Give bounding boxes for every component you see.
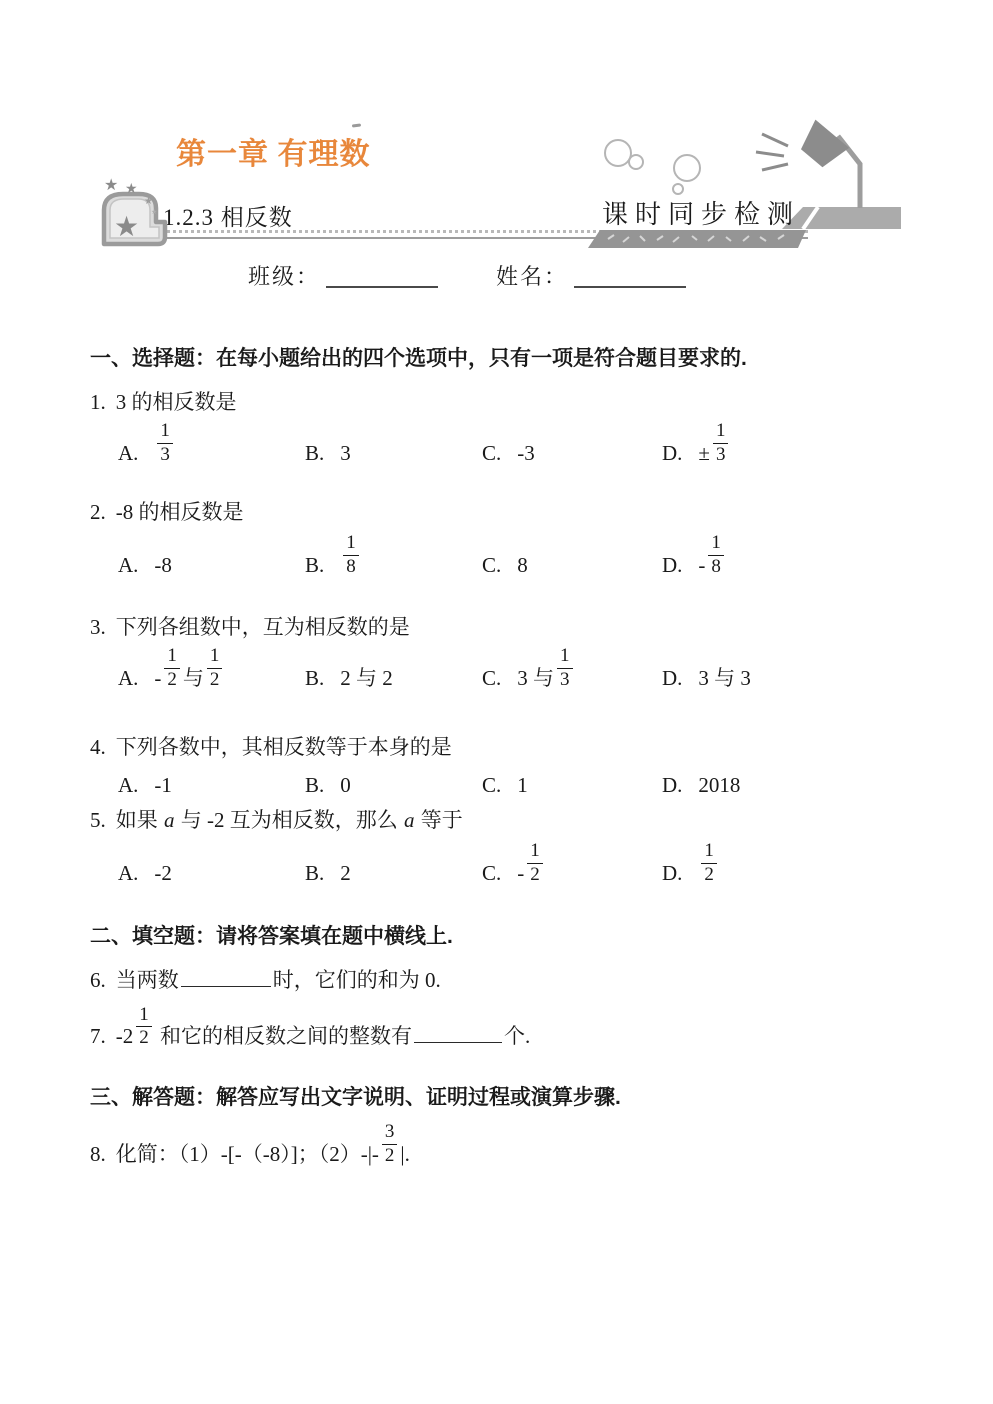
q6-number: 6. [90,968,106,992]
fraction: 12 [164,646,180,691]
q4-options: A.-1B.0C.1D.2018 [90,772,920,798]
fraction: 12 [527,841,543,886]
worksheet-body: 一、选择题：在每小题给出的四个选项中，只有一项是符合题目要求的. 1.3 的相反… [90,346,920,1167]
q2-option-b: B.18 [305,533,482,578]
q2-option-d: D.-18 [662,533,727,578]
q4-option-c: C.1 [482,772,662,798]
answer-blank [414,1021,502,1043]
banner-ribbon [588,230,806,248]
fraction: 18 [343,533,359,578]
q5-text: 如果 a 与 -2 互为相反数，那么 a 等于 [116,808,463,832]
q5-number: 5. [90,808,106,832]
fraction: 18 [708,533,724,578]
q4-number: 4. [90,735,106,759]
q3-options: A.-12与12B.2 与 2C.3 与13D.3 与 3 [90,646,920,691]
q3-text: 下列各组数中，互为相反数的是 [116,615,410,639]
fraction: 13 [713,421,729,466]
q3-stem: 3.下列各组数中，互为相反数的是 [90,614,920,640]
q2-option-c: C.8 [482,552,662,578]
trail-star-icon: ★ [144,196,153,207]
q3-option-c: C.3 与13 [482,646,662,691]
trail-star-icon: ★ [151,208,157,216]
q5-stem: 5.如果 a 与 -2 互为相反数，那么 a 等于 [90,807,920,833]
q7-stem: 7.-212 和它的相反数之间的整数有个. [90,1005,920,1050]
q3-option-d: D.3 与 3 [662,665,751,691]
q2-number: 2. [90,500,106,524]
lamp-rays [756,134,788,170]
q2-option-a: A.-8 [118,552,305,578]
stamp-star-icon: ★ [114,210,139,243]
q2-options: A.-8B.18C.8D.-18 [90,533,920,578]
answer-blank [181,965,271,987]
q7-number: 7. [90,1024,106,1048]
q1-option-b: B.3 [305,440,482,466]
name-label: 姓名： [496,264,568,289]
name-blank [574,264,686,288]
q5-option-c: C.-12 [482,841,662,886]
q1-stem: 1.3 的相反数是 [90,389,920,415]
q7-text: -212 和它的相反数之间的整数有个. [116,1024,531,1048]
q1-option-d: D.±13 [662,421,731,466]
q2-text: -8 的相反数是 [116,500,244,524]
q4-text: 下列各数中，其相反数等于本身的是 [116,735,452,759]
class-label: 班级： [248,264,320,289]
q1-option-a: A.13 [118,421,305,466]
fraction: 13 [157,421,173,466]
fraction: 32 [382,1122,398,1167]
q1-options: A.13B.3C.-3D.±13 [90,421,920,466]
q5-option-d: D.12 [662,841,720,886]
section-3-heading: 三、解答题：解答应写出文字说明、证明过程或演算步骤. [90,1085,920,1111]
q2-stem: 2.-8 的相反数是 [90,499,920,525]
bubbles-icon [605,140,700,194]
class-blank [326,264,438,288]
q4-option-a: A.-1 [118,772,305,798]
q8-text: 化简：（1）-[-（-8）]；（2）-|-32|. [116,1142,410,1166]
trail-star-icon: ★ [125,181,138,197]
q5-option-a: A.-2 [118,860,305,886]
fraction: 12 [136,1005,152,1050]
q6-stem: 6.当两数时，它们的和为 0. [90,965,920,993]
chapter-title: 第一章 有理数 [176,129,371,173]
q5-option-b: B.2 [305,860,482,886]
student-info-row: 班级：姓名： [248,260,686,291]
banner-title: 课时同步检测 [602,194,800,231]
fraction: 13 [557,646,573,691]
lamp-shade [795,120,849,173]
fraction: 12 [207,646,223,691]
q1-number: 1. [90,390,106,414]
section-2-heading: 二、填空题：请将答案填在题中横线上. [90,924,920,950]
q1-option-c: C.-3 [482,440,662,466]
q4-option-d: D.2018 [662,772,740,798]
section-1-heading: 一、选择题：在每小题给出的四个选项中，只有一项是符合题目要求的. [90,346,920,372]
stray-mark [352,123,361,127]
q8-number: 8. [90,1142,106,1166]
q8-stem: 8.化简：（1）-[-（-8）]；（2）-|-32|. [90,1122,920,1167]
q6-text: 当两数时，它们的和为 0. [116,968,441,992]
q3-option-a: A.-12与12 [118,646,305,691]
desk-lamp-illustration [560,108,993,258]
q4-option-b: B.0 [305,772,482,798]
q3-option-b: B.2 与 2 [305,665,482,691]
worksheet-page: 第一章 有理数 ★ ★ ★ ★ ★ 1.2.3 相反数 课时同步检测 [0,0,993,1404]
fraction: 12 [701,841,717,886]
q5-options: A.-2B.2C.-12D.12 [90,841,920,886]
q1-text: 3 的相反数是 [116,390,237,414]
star-stamp-icon: ★ ★ ★ ★ ★ [96,170,236,260]
q3-number: 3. [90,615,106,639]
trail-star-icon: ★ [104,175,118,194]
q4-stem: 4.下列各数中，其相反数等于本身的是 [90,734,920,760]
